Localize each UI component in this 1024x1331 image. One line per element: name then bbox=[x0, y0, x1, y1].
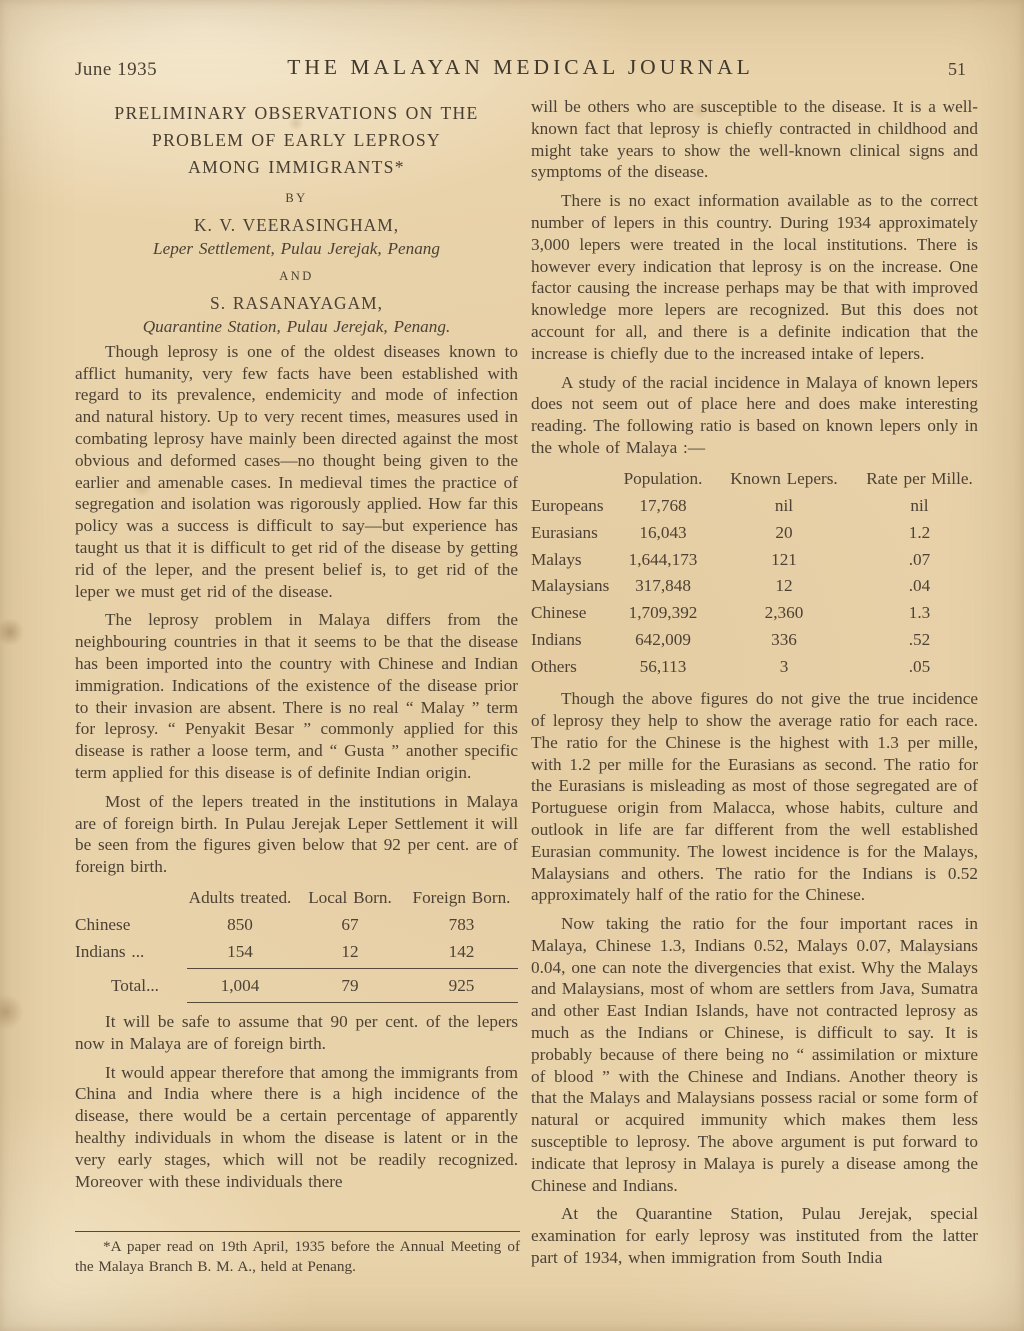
racial-incidence-table: Population. Known Lepers. Rate per Mille… bbox=[531, 466, 978, 680]
table-cell: 1,004 bbox=[185, 972, 295, 999]
table-cell: 1.3 bbox=[861, 600, 978, 627]
paragraph: will be others who are susceptible to th… bbox=[531, 96, 978, 183]
table-cell: 925 bbox=[405, 972, 518, 999]
table-header-cell bbox=[75, 898, 185, 903]
table-cell: .04 bbox=[861, 573, 978, 600]
table-cell: 1,644,173 bbox=[619, 546, 707, 573]
table-cell: 3 bbox=[707, 653, 861, 680]
adults-treated-table-header: Adults treated. Local Born. Foreign Born… bbox=[75, 885, 518, 912]
table-cell: 56,113 bbox=[619, 653, 707, 680]
table-header-cell: Population. bbox=[619, 466, 707, 493]
table-cell: 850 bbox=[185, 912, 295, 939]
table-cell: 154 bbox=[185, 939, 295, 966]
column-left: PRELIMINARY OBSERVATIONS ON THE PROBLEM … bbox=[75, 98, 518, 1199]
racial-incidence-table-header: Population. Known Lepers. Rate per Mille… bbox=[531, 466, 978, 493]
byline-by-label: BY bbox=[75, 188, 518, 210]
paragraph: Most of the lepers treated in the instit… bbox=[75, 791, 518, 878]
footnote-rule bbox=[75, 1231, 520, 1232]
paragraph: It would appear therefore that among the… bbox=[75, 1062, 518, 1193]
table-cell: Malays bbox=[531, 546, 619, 573]
running-header: June 1935 THE MALAYAN MEDICAL JOURNAL 51 bbox=[75, 55, 966, 85]
adults-treated-table-total-row: Total... 1,004 79 925 bbox=[75, 972, 518, 999]
table-rule bbox=[187, 968, 518, 969]
table-header-cell: Rate per Mille. bbox=[861, 466, 978, 493]
article-title-line2: PROBLEM OF EARLY LEPROSY bbox=[75, 127, 518, 154]
table-cell: 783 bbox=[405, 912, 518, 939]
author1-name: K. V. VEERASINGHAM, bbox=[75, 215, 518, 237]
racial-incidence-table-body: Europeans17,768nilnilEurasians16,043201.… bbox=[531, 493, 978, 681]
author2-name: S. RASANAYAGAM, bbox=[75, 293, 518, 315]
author2-affiliation: Quarantine Station, Pulau Jerejak, Penan… bbox=[75, 316, 518, 338]
paragraph: Though the above figures do not give the… bbox=[531, 688, 978, 906]
table-header-cell: Known Lepers. bbox=[707, 466, 861, 493]
page-number: 51 bbox=[948, 59, 966, 80]
table-cell: 317,848 bbox=[619, 573, 707, 600]
article-title-line1: PRELIMINARY OBSERVATIONS ON THE bbox=[75, 100, 518, 127]
journal-page: June 1935 THE MALAYAN MEDICAL JOURNAL 51… bbox=[0, 0, 1024, 1331]
paragraph: Though leprosy is one of the oldest dise… bbox=[75, 341, 518, 603]
table-cell: 121 bbox=[707, 546, 861, 573]
table-cell: .05 bbox=[861, 653, 978, 680]
table-cell: Indians bbox=[531, 627, 619, 654]
paragraph: A study of the racial incidence in Malay… bbox=[531, 372, 978, 459]
paragraph: There is no exact information available … bbox=[531, 190, 978, 364]
author1-affiliation: Leper Settlement, Pulau Jerejak, Penang bbox=[75, 238, 518, 260]
table-cell: 16,043 bbox=[619, 519, 707, 546]
table-cell: 67 bbox=[295, 912, 405, 939]
article-title-line3: AMONG IMMIGRANTS* bbox=[75, 154, 518, 181]
table-header-cell: Local Born. bbox=[295, 885, 405, 912]
table-cell: 142 bbox=[405, 939, 518, 966]
paragraph: It will be safe to assume that 90 per ce… bbox=[75, 1011, 518, 1055]
table-cell: 1.2 bbox=[861, 519, 978, 546]
table-cell: nil bbox=[707, 493, 861, 520]
footnote-block: *A paper read on 19th April, 1935 before… bbox=[75, 1231, 520, 1276]
table-cell: nil bbox=[861, 493, 978, 520]
column-right: will be others who are susceptible to th… bbox=[531, 96, 978, 1276]
table-cell: .52 bbox=[861, 627, 978, 654]
table-cell: Europeans bbox=[531, 493, 619, 520]
table-cell: Chinese bbox=[75, 912, 185, 939]
journal-title: THE MALAYAN MEDICAL JOURNAL bbox=[287, 55, 754, 80]
adults-treated-table-body: Chinese85067783Indians ...15412142 bbox=[75, 912, 518, 966]
paragraph: At the Quarantine Station, Pulau Jerejak… bbox=[531, 1203, 978, 1268]
table-header-cell: Adults treated. bbox=[185, 885, 295, 912]
table-cell: Indians ... bbox=[75, 939, 185, 966]
table-cell: 12 bbox=[295, 939, 405, 966]
table-header-cell bbox=[531, 479, 619, 484]
table-cell: 2,360 bbox=[707, 600, 861, 627]
article-title: PRELIMINARY OBSERVATIONS ON THE PROBLEM … bbox=[75, 100, 518, 181]
table-rule bbox=[187, 1002, 518, 1003]
table-cell: Total... bbox=[75, 972, 185, 999]
table-cell: 17,768 bbox=[619, 493, 707, 520]
table-cell: 336 bbox=[707, 627, 861, 654]
paragraph: The leprosy problem in Malaya differs fr… bbox=[75, 609, 518, 783]
table-cell: Malaysians bbox=[531, 573, 619, 600]
table-cell: Others bbox=[531, 653, 619, 680]
issue-date: June 1935 bbox=[75, 59, 157, 81]
table-cell: 20 bbox=[707, 519, 861, 546]
table-cell: 12 bbox=[707, 573, 861, 600]
table-cell: 1,709,392 bbox=[619, 600, 707, 627]
byline-and-label: AND bbox=[75, 266, 518, 288]
table-cell: Chinese bbox=[531, 600, 619, 627]
footnote: *A paper read on 19th April, 1935 before… bbox=[75, 1237, 520, 1276]
table-cell: 79 bbox=[295, 972, 405, 999]
table-cell: Eurasians bbox=[531, 519, 619, 546]
table-cell: 642,009 bbox=[619, 627, 707, 654]
paragraph: Now taking the ratio for the four import… bbox=[531, 913, 978, 1196]
table-header-cell: Foreign Born. bbox=[405, 885, 518, 912]
adults-treated-table: Adults treated. Local Born. Foreign Born… bbox=[75, 885, 518, 1003]
table-cell: .07 bbox=[861, 546, 978, 573]
